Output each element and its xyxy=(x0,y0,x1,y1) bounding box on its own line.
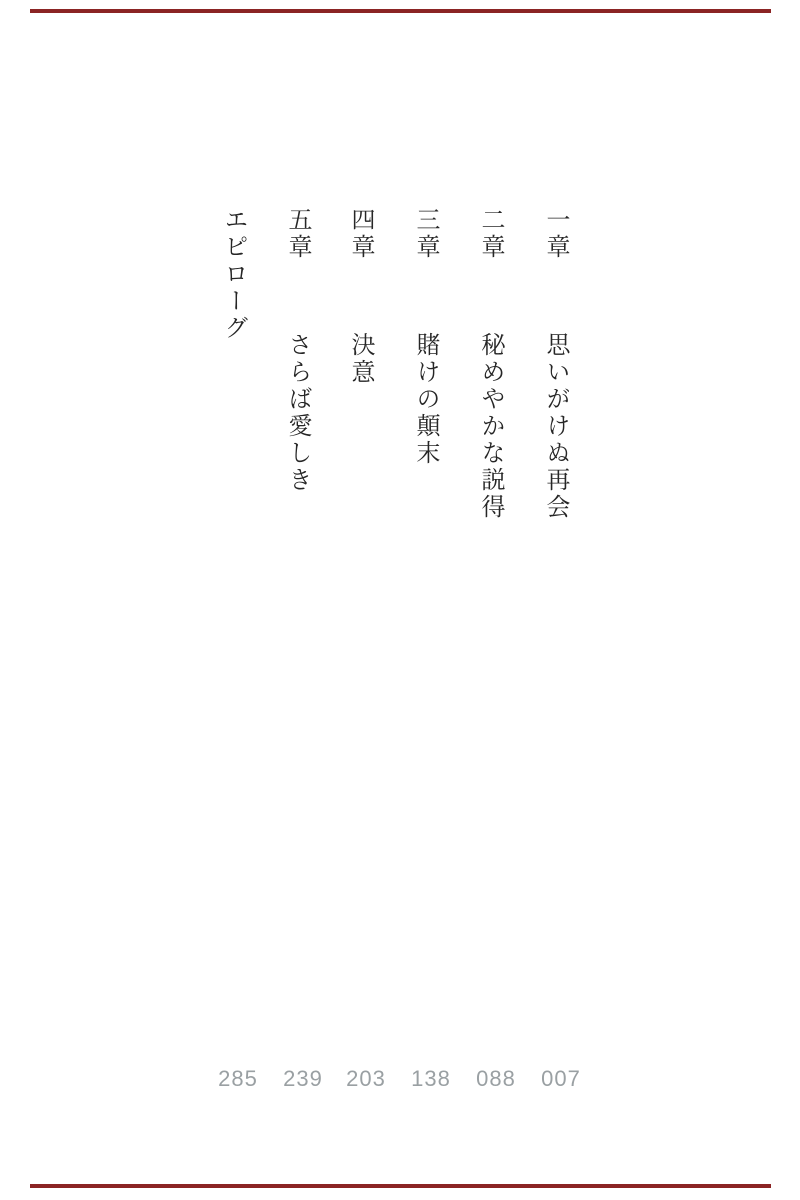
top-rule xyxy=(30,9,771,13)
page-number-4: 203 xyxy=(336,1066,396,1092)
toc-entry-4: 四章 決意 xyxy=(348,207,374,386)
chapter-label: 一章 xyxy=(543,207,569,332)
chapter-title: 秘めやかな説得 xyxy=(478,332,504,521)
page-number-3: 138 xyxy=(401,1066,461,1092)
chapter-label: 三章 xyxy=(413,207,439,332)
chapter-title: さらば愛しき xyxy=(285,332,311,494)
page-number-epilogue: 285 xyxy=(208,1066,268,1092)
toc-entry-3: 三章 賭けの顛末 xyxy=(413,207,439,467)
bottom-rule xyxy=(30,1184,771,1188)
chapter-label: エピローグ xyxy=(221,207,247,342)
toc-entry-1: 一章 思いがけぬ再会 xyxy=(543,207,569,521)
toc-page: 一章 思いがけぬ再会 二章 秘めやかな説得 三章 賭けの顛末 四章 決意 五章 … xyxy=(0,0,800,1200)
chapter-title: 賭けの顛末 xyxy=(413,332,439,467)
page-number-2: 088 xyxy=(466,1066,526,1092)
page-number-1: 007 xyxy=(531,1066,591,1092)
chapter-label: 四章 xyxy=(348,207,374,332)
toc-entry-epilogue: エピローグ xyxy=(221,207,247,342)
page-number-5: 239 xyxy=(273,1066,333,1092)
chapter-label: 二章 xyxy=(478,207,504,332)
chapter-label: 五章 xyxy=(285,207,311,332)
toc-entry-2: 二章 秘めやかな説得 xyxy=(478,207,504,521)
chapter-title: 思いがけぬ再会 xyxy=(543,332,569,521)
toc-entry-5: 五章 さらば愛しき xyxy=(285,207,311,494)
chapter-title: 決意 xyxy=(348,332,374,386)
